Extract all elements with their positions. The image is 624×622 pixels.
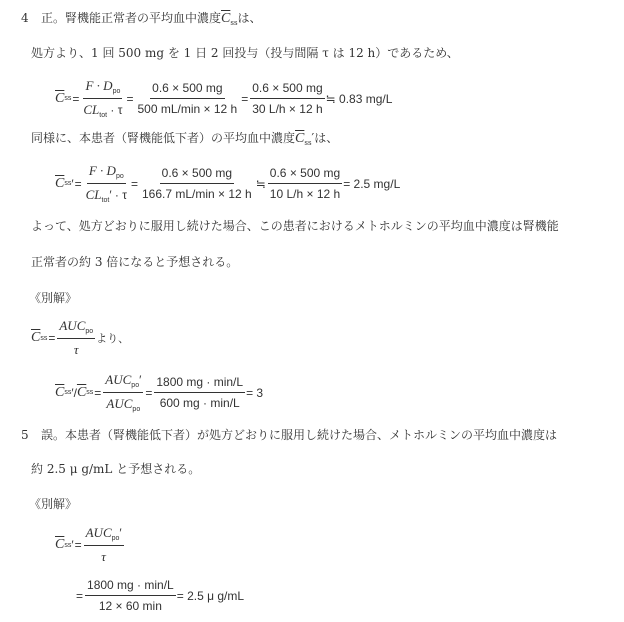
equation-ratio: Css′/Css = AUCpo′ AUCpo = 1800 mg · min/… bbox=[55, 372, 263, 413]
subscript: ss bbox=[64, 95, 71, 102]
c-bar-symbol: C bbox=[221, 11, 230, 26]
subscript: ss bbox=[64, 180, 71, 187]
denominator: 10 L/h × 12 h bbox=[268, 184, 342, 201]
result: ≒ 0.83 mg/L bbox=[326, 92, 393, 106]
fraction: F · Dpo CLtot · τ bbox=[81, 78, 124, 119]
text-tail: ′は、 bbox=[312, 131, 339, 145]
heading-tail: は、 bbox=[238, 11, 262, 25]
equation-css-normal: Css = F · Dpo CLtot · τ = 0.6 × 500 mg 5… bbox=[55, 78, 392, 119]
fraction: AUCpo τ bbox=[57, 318, 95, 358]
text-tail: より、 bbox=[96, 330, 129, 346]
item-number: 5 bbox=[21, 428, 29, 442]
equation-css-patient-auc: Css′ = AUCpo′ τ bbox=[55, 525, 125, 565]
denominator-tail: ′ · τ bbox=[109, 188, 127, 202]
numerator: 1800 mg · min/L bbox=[85, 578, 176, 596]
subscript: ss bbox=[304, 139, 311, 147]
fraction: F · Dpo CLtot′ · τ bbox=[84, 163, 129, 204]
prime: ′ bbox=[71, 177, 73, 191]
fraction: 0.6 × 500 mg 166.7 mL/min × 12 h bbox=[140, 166, 254, 201]
alt-solution-label: 《別解》 bbox=[29, 497, 77, 511]
denominator: 12 × 60 min bbox=[97, 596, 164, 613]
c-bar-symbol: C bbox=[77, 385, 86, 401]
denominator: CL bbox=[83, 102, 99, 117]
numerator: 0.6 × 500 mg bbox=[150, 81, 224, 99]
c-bar-symbol: C bbox=[55, 537, 64, 553]
fraction: AUCpo′ τ bbox=[84, 525, 124, 565]
c-bar-symbol: C bbox=[55, 91, 64, 107]
denominator: τ bbox=[99, 546, 108, 565]
prime: ′ bbox=[119, 526, 121, 540]
denominator: 166.7 mL/min × 12 h bbox=[140, 184, 254, 201]
numerator: AUC bbox=[86, 525, 112, 540]
numerator: 1800 mg · min/L bbox=[154, 375, 245, 393]
result: = 2.5 mg/L bbox=[343, 177, 400, 191]
numerator: F · D bbox=[89, 163, 116, 178]
subscript: po bbox=[113, 88, 121, 95]
fraction: AUCpo′ AUCpo bbox=[103, 372, 143, 413]
prime: ′ bbox=[139, 373, 141, 387]
result: = 2.5 μ g/mL bbox=[177, 589, 244, 603]
equation-result: = 1800 mg · min/L 12 × 60 min = 2.5 μ g/… bbox=[75, 578, 244, 613]
subscript: ss bbox=[64, 389, 71, 396]
subscript: po bbox=[131, 382, 139, 389]
denominator: 30 L/h × 12 h bbox=[250, 99, 324, 116]
text: 同様に、本患者（腎機能低下者）の平均血中濃度 bbox=[31, 131, 295, 145]
c-bar-symbol: C bbox=[295, 131, 304, 146]
numerator: 0.6 × 500 mg bbox=[250, 81, 324, 99]
fraction: 1800 mg · min/L 12 × 60 min bbox=[85, 578, 176, 613]
denominator: CL bbox=[86, 187, 102, 202]
subscript: ss bbox=[64, 542, 71, 549]
c-bar-symbol: C bbox=[31, 330, 40, 346]
numerator: F · D bbox=[85, 78, 112, 93]
denominator-tail: · τ bbox=[107, 103, 122, 117]
subscript: po bbox=[116, 173, 124, 180]
approx-sign: ≒ bbox=[256, 177, 266, 191]
denominator: τ bbox=[72, 339, 81, 358]
subscript: ss bbox=[40, 335, 47, 342]
fraction: 0.6 × 500 mg 10 L/h × 12 h bbox=[268, 166, 342, 201]
c-bar-symbol: C bbox=[55, 385, 64, 401]
numerator: 0.6 × 500 mg bbox=[160, 166, 234, 184]
equation-css-auc: Css = AUCpo τ より、 bbox=[31, 318, 129, 358]
numerator: AUC bbox=[59, 318, 85, 333]
fraction: 1800 mg · min/L 600 mg · min/L bbox=[154, 375, 245, 410]
prime: ′ bbox=[71, 538, 73, 552]
heading-text: 正。腎機能正常者の平均血中濃度 bbox=[41, 11, 221, 25]
item-number: 4 bbox=[21, 11, 29, 25]
numerator: AUC bbox=[105, 372, 131, 387]
equation-css-patient: Css′ = F · Dpo CLtot′ · τ = 0.6 × 500 mg… bbox=[55, 163, 400, 204]
item4-conclusion-1: よって、処方どおりに服用し続けた場合、この患者におけるメトホルミンの平均血中濃度… bbox=[31, 219, 559, 233]
item4-heading: 正。腎機能正常者の平均血中濃度Cssは、 bbox=[41, 11, 262, 30]
subscript: ss bbox=[86, 389, 93, 396]
subscript: tot bbox=[99, 112, 107, 119]
alt-solution-label: 《別解》 bbox=[29, 291, 77, 305]
item5-line2: 約 2.5 μ g/mL と予想される。 bbox=[31, 462, 200, 476]
fraction: 0.6 × 500 mg 30 L/h × 12 h bbox=[250, 81, 324, 116]
result: = 3 bbox=[246, 386, 263, 400]
denominator: 500 mL/min × 12 h bbox=[135, 99, 239, 116]
item5-heading: 誤。本患者（腎機能低下者）が処方どおりに服用し続けた場合、メトホルミンの平均血中… bbox=[41, 428, 557, 442]
c-bar-symbol: C bbox=[55, 176, 64, 192]
subscript: po bbox=[132, 406, 140, 413]
denominator: AUC bbox=[106, 396, 132, 411]
item4-line2: 処方より、1 回 500 mg を 1 日 2 回投与（投与間隔 τ は 12 … bbox=[31, 46, 459, 60]
fraction: 0.6 × 500 mg 500 mL/min × 12 h bbox=[135, 81, 239, 116]
item4-line3: 同様に、本患者（腎機能低下者）の平均血中濃度Css′は、 bbox=[31, 131, 338, 150]
denominator: 600 mg · min/L bbox=[158, 393, 242, 410]
numerator: 0.6 × 500 mg bbox=[268, 166, 342, 184]
subscript: ss bbox=[230, 19, 237, 27]
item4-conclusion-2: 正常者の約 3 倍になると予想される。 bbox=[31, 255, 238, 269]
subscript: po bbox=[85, 328, 93, 335]
